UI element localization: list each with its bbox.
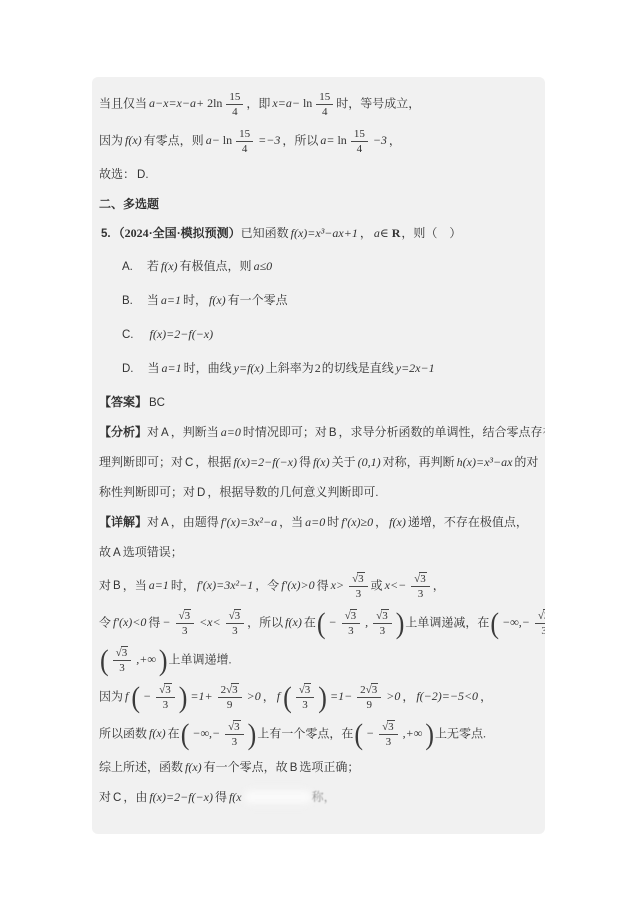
text-segment: a−x=x−a+ (149, 96, 204, 110)
question-5-stem: 5.（2024·全国·模拟预测）已知函数f(x)=x³−ax+1，a∈R，则（ … (99, 224, 540, 244)
answer-line: 【答案】BC (99, 393, 540, 413)
text-segment: 故 (99, 545, 111, 559)
text-segment: ，根据导数的几何意义判断即可. (207, 485, 378, 499)
text-segment: f(x)=2−f(−x) (150, 327, 214, 341)
text-segment: 综上所述，函数 (99, 760, 183, 774)
fraction-numerator: 15 (226, 91, 243, 105)
fraction: √33 (535, 610, 545, 637)
text-segment: D. (122, 363, 134, 375)
text-segment: 时情况即可；对 (243, 425, 327, 439)
text-segment: f′(x)=3x²−a (221, 515, 277, 529)
text-segment: 递增，不存在极值点， (408, 515, 528, 529)
fraction: √33 (296, 684, 315, 711)
text-segment: ，所以 (247, 615, 283, 629)
text-segment: a= (320, 133, 334, 147)
text-segment: ，由 (123, 790, 147, 804)
text-segment: a=1 (162, 361, 182, 375)
radicand: 3 (543, 609, 545, 622)
option-c: C. f(x)=2−f(−x) (99, 325, 540, 345)
text-segment: 得 (317, 578, 329, 592)
radicand: 3 (350, 609, 358, 622)
text-segment: =1+ (190, 689, 212, 703)
radicand: 3 (184, 609, 192, 622)
text-segment: f(x) (285, 615, 302, 629)
text-segment: ，则（ ） (401, 226, 461, 240)
text-segment: 上斜率为 (266, 361, 314, 375)
detail-line-b4: 因为f(−√33)=1+2√39>0，f(√33)=1−2√39>0，f(−2)… (99, 684, 540, 711)
text-segment: 上单调递减，在 (405, 615, 489, 629)
text-segment: 若 (135, 259, 159, 273)
fraction-denominator: 3 (176, 624, 195, 638)
analysis-line-1: 【分析】对A，判断当a=0时情况即可；对B，求导分析函数的单调性，结合零点存在性… (99, 423, 540, 443)
radical-sign: √ (179, 610, 184, 622)
detail-line-b1: 对B，当a=1时，f′(x)=3x²−1，令f′(x)>0得x>√33或x<−√… (99, 573, 540, 600)
text-segment: −∞,− (192, 726, 220, 740)
text-segment: 对称，再判断 (383, 455, 455, 469)
big-paren-open: ( (283, 683, 292, 713)
line-choose-d: 故选：D. (99, 165, 540, 185)
text-segment: >0 (247, 689, 261, 703)
option-d: D. 当a=1时，曲线y=f(x)上斜率为2的切线是直线y=2x−1 (99, 359, 540, 379)
text-segment: ln (337, 133, 346, 147)
text-segment: ，当 (123, 578, 147, 592)
text-segment: 称性判断即可；对 (99, 485, 195, 499)
text-segment: 关于 (332, 455, 356, 469)
text-segment: ，求导分析函数的单调性，结合零点存在性定 (339, 425, 545, 439)
text-segment: ， (480, 689, 492, 703)
text-segment: B (113, 580, 121, 592)
radicand: 3 (381, 609, 389, 622)
text-segment: 已知函数 (241, 226, 289, 240)
fraction: 2√39 (218, 684, 242, 711)
big-paren-close: ) (396, 609, 405, 639)
text-segment: 有一个零点，故 (204, 760, 288, 774)
fraction: √33 (379, 721, 398, 748)
text-segment: −3 (373, 133, 387, 147)
fraction: √33 (176, 610, 195, 637)
fraction-denominator: 9 (357, 698, 381, 712)
text-segment: 【详解】 (99, 515, 147, 529)
big-paren-close: ) (248, 720, 257, 750)
fraction: 154 (236, 128, 253, 155)
fraction-numerator: √3 (226, 610, 245, 624)
line-equality-condition: 当且仅当a−x=x−a+2ln154，即x=a−ln154时，等号成立， (99, 91, 540, 118)
text-segment: − (329, 615, 337, 629)
radicand: 3 (121, 646, 129, 659)
text-segment: >0 (386, 689, 400, 703)
text-segment: y=2x−1 (396, 361, 435, 375)
fraction-numerator: 2√3 (357, 684, 381, 698)
fraction: √33 (411, 573, 430, 600)
fraction-numerator: 15 (351, 128, 368, 142)
text-segment: 的切线是直线 (322, 361, 394, 375)
fraction-numerator: 15 (316, 91, 333, 105)
text-segment: A. (122, 261, 133, 273)
text-segment: f′(x)>0 (281, 578, 314, 592)
text-segment: 时，等号成立， (336, 96, 420, 110)
fraction: √33 (113, 647, 132, 674)
text-segment: 上有一个零点，在 (257, 726, 353, 740)
text-segment: f′(x)=3x²−1 (197, 578, 253, 592)
text-segment: a≤0 (254, 259, 273, 273)
text-segment: 得 (215, 790, 227, 804)
detail-line-c1: 对C，由f(x)=2−f(−x)得f(x称， (99, 788, 540, 808)
text-segment: ，由题得 (171, 515, 219, 529)
radicand: 3 (419, 572, 427, 585)
detail-line-b3: (√33,+∞)上单调递增. (99, 647, 540, 674)
fraction: √33 (349, 573, 368, 600)
text-segment: 因为 (99, 133, 123, 147)
analysis-line-3: 称性判断即可；对D，根据导数的几何意义判断即可. (99, 483, 540, 503)
radicand: 3 (233, 720, 241, 733)
text-segment: BC (149, 397, 165, 409)
fraction-numerator: √3 (535, 610, 545, 624)
text-segment: 令 (99, 615, 111, 629)
text-segment: ，判断当 (171, 425, 219, 439)
fraction-numerator: √3 (225, 721, 244, 735)
text-segment: ,+∞ (136, 652, 156, 666)
big-paren-close: ) (159, 646, 168, 676)
radicand: 3 (231, 683, 239, 696)
fraction: √33 (226, 610, 245, 637)
text-segment: − (162, 615, 170, 629)
text-segment: 上无零点. (435, 726, 486, 740)
text-segment: f(x) (389, 515, 406, 529)
text-segment: 【分析】 (99, 425, 147, 439)
text-segment: x<− (385, 578, 407, 592)
text-segment: f(x (229, 790, 242, 804)
text-segment: 有一个零点 (228, 293, 288, 307)
fraction-denominator: 3 (113, 661, 132, 675)
text-segment: （2024·全国·模拟预测） (113, 226, 241, 240)
fraction: √33 (342, 610, 361, 637)
text-segment: ln (303, 96, 312, 110)
text-segment: 【答案】 (99, 395, 147, 409)
section-heading-multi-choice: 二、多选题 (99, 195, 540, 214)
text-segment: 选项正确； (299, 760, 359, 774)
text-segment: C (113, 792, 121, 804)
text-segment: ， (402, 689, 414, 703)
text-segment: 当 (135, 293, 159, 307)
analysis-line-2: 理判断即可；对C，根据f(x)=2−f(−x)得f(x)关于(0,1)对称，再判… (99, 453, 540, 473)
text-segment: R (392, 226, 401, 240)
text-segment: 对 (99, 578, 111, 592)
fraction-numerator: √3 (349, 573, 368, 587)
text-segment: 二、多选题 (99, 197, 159, 211)
big-paren-open: ( (131, 683, 140, 713)
text-segment: − (143, 689, 151, 703)
text-segment: f(x)=2−f(−x) (233, 455, 297, 469)
radical-sign: √ (366, 684, 371, 696)
radicand: 3 (234, 609, 242, 622)
fraction-numerator: √3 (342, 610, 361, 624)
fraction: √33 (156, 684, 175, 711)
text-segment: f(−2)=−5<0 (416, 689, 478, 703)
detail-line-a1: 【详解】对A，由题得f′(x)=3x²−a，当a=0时f′(x)≥0，f(x)递… (99, 513, 540, 533)
text-segment: ,+∞ (403, 726, 423, 740)
big-paren-open: ( (490, 609, 499, 639)
text-segment: ， (375, 515, 387, 529)
text-segment: 5. (101, 228, 111, 240)
option-a: A. 若f(x)有极值点，则a≤0 (99, 257, 540, 277)
text-segment: 对 (147, 425, 159, 439)
fraction-denominator: 3 (411, 587, 430, 601)
fraction-denominator: 3 (349, 587, 368, 601)
radical-sign: √ (229, 610, 234, 622)
radical-sign: √ (345, 610, 350, 622)
text-segment: A (161, 517, 169, 529)
radicand: 3 (357, 572, 365, 585)
text-segment: 理判断即可；对 (99, 455, 183, 469)
text-segment: ，根据 (195, 455, 231, 469)
text-segment: =1− (330, 689, 352, 703)
fraction-denominator: 3 (226, 624, 245, 638)
text-segment: f(x) (149, 726, 166, 740)
fraction: 2√39 (357, 684, 381, 711)
text-segment: 得 (148, 615, 160, 629)
fraction-numerator: √3 (176, 610, 195, 624)
line-zero-exists: 因为f(x)有零点，则a−ln154=−3，所以a=ln154−3， (99, 128, 540, 155)
text-segment: 2ln (207, 96, 222, 110)
fraction-numerator: √3 (156, 684, 175, 698)
text-segment: 时， (171, 578, 195, 592)
text-segment: 在 (304, 615, 316, 629)
text-segment: 选项错误； (123, 545, 183, 559)
text-segment: ， (389, 133, 401, 147)
text-segment: a=0 (221, 425, 241, 439)
radicand: 3 (304, 683, 312, 696)
fraction-numerator: √3 (411, 573, 430, 587)
detail-line-b5: 所以函数f(x)在(−∞,−√33)上有一个零点，在(−√33,+∞)上无零点. (99, 721, 540, 748)
text-segment: 时 (327, 515, 339, 529)
text-segment: 有零点，则 (144, 133, 204, 147)
text-segment: f(x) (125, 133, 142, 147)
fraction-denominator: 4 (351, 142, 368, 156)
fraction-denominator: 3 (296, 698, 315, 712)
text-segment: 所以函数 (99, 726, 147, 740)
text-segment: x=a− (272, 96, 300, 110)
radical-sign: √ (116, 647, 121, 659)
text-segment: 或 (371, 578, 383, 592)
big-paren-open: ( (317, 609, 326, 639)
text-segment: f (277, 689, 280, 703)
text-segment: 在 (168, 726, 180, 740)
fraction-numerator: √3 (113, 647, 132, 661)
fraction-denominator: 3 (156, 698, 175, 712)
text-segment: 的对 (514, 455, 538, 469)
text-segment: ， (263, 689, 275, 703)
big-paren-open: ( (354, 720, 363, 750)
text-segment: a∈ (374, 226, 389, 240)
text-segment: h(x)=x³−ax (457, 455, 513, 469)
fraction-numerator: √3 (296, 684, 315, 698)
text-segment: x> (331, 578, 344, 592)
big-paren-open: ( (181, 720, 190, 750)
fraction-numerator: √3 (379, 721, 398, 735)
text-segment: A (113, 547, 121, 559)
text-segment: 时，曲线 (184, 361, 232, 375)
text-segment: D (197, 487, 205, 499)
text-segment: ，令 (255, 578, 279, 592)
text-segment: 因为 (99, 689, 123, 703)
text-segment: f (125, 689, 128, 703)
watermark-smudge (246, 792, 310, 802)
text-segment: a=1 (149, 578, 169, 592)
text-segment: 上单调递增. (169, 652, 232, 666)
text-segment: ，所以 (282, 133, 318, 147)
text-segment: ，当 (279, 515, 303, 529)
text-segment: B (290, 762, 298, 774)
fraction-denominator: 3 (535, 624, 545, 638)
text-segment: ，即 (246, 96, 270, 110)
fraction: 154 (226, 91, 243, 118)
text-segment: 称， (312, 790, 336, 804)
text-segment: 当且仅当 (99, 96, 147, 110)
text-segment: , (365, 615, 368, 629)
fraction: 154 (316, 91, 333, 118)
text-segment: C (185, 457, 193, 469)
detail-line-b2: 令f′(x)<0得−√33<x<√33，所以f(x)在(−√33,√33)上单调… (99, 610, 540, 637)
detail-line-b6: 综上所述，函数f(x)有一个零点，故B选项正确； (99, 758, 540, 778)
text-segment: 当 (136, 361, 160, 375)
text-segment: f′(x)<0 (113, 615, 146, 629)
text-segment: ， (433, 578, 445, 592)
fraction-denominator: 3 (225, 735, 244, 749)
fraction-denominator: 4 (316, 105, 333, 119)
fraction-denominator: 3 (373, 624, 392, 638)
text-segment: f(x) (209, 293, 226, 307)
fraction-denominator: 3 (379, 735, 398, 749)
fraction-numerator: 2√3 (218, 684, 242, 698)
text-segment: =−3 (258, 133, 280, 147)
text-segment: a=0 (305, 515, 325, 529)
text-segment: a=1 (161, 293, 181, 307)
text-segment: a− (206, 133, 220, 147)
text-segment: (0,1) (358, 455, 381, 469)
fraction-denominator: 4 (236, 142, 253, 156)
text-segment: <x< (199, 615, 221, 629)
fraction: 154 (351, 128, 368, 155)
text-segment: f(x)=x³−ax+1 (291, 226, 358, 240)
text-segment: f(x)=2−f(−x) (149, 790, 213, 804)
document-page: { "colors":{"page_bg":"#ffffff","panel_b… (0, 0, 640, 905)
radicand: 3 (164, 683, 172, 696)
text-segment: 时， (183, 293, 207, 307)
text-segment: C. (122, 329, 134, 341)
option-b: B. 当a=1时，f(x)有一个零点 (99, 291, 540, 311)
text-segment: 故选： (99, 167, 135, 181)
text-segment: B (329, 427, 337, 439)
big-paren-close: ) (425, 720, 434, 750)
text-segment: f(x) (185, 760, 202, 774)
fraction-denominator: 9 (218, 698, 242, 712)
fraction: √33 (225, 721, 244, 748)
radicand: 3 (371, 683, 379, 696)
fraction-numerator: √3 (373, 610, 392, 624)
text-segment (136, 327, 148, 341)
text-segment: 得 (299, 455, 311, 469)
text-segment: A (161, 427, 169, 439)
text-segment: f′(x)≥0 (341, 515, 373, 529)
text-segment: 对 (147, 515, 159, 529)
text-segment: B. (122, 295, 133, 307)
big-paren-open: ( (100, 646, 109, 676)
text-segment: y=f(x) (234, 361, 264, 375)
radicand: 3 (387, 720, 395, 733)
text-segment: f(x) (161, 259, 178, 273)
text-segment: −∞,− (502, 615, 530, 629)
text-segment: 对 (99, 790, 111, 804)
content-panel: 当且仅当a−x=x−a+2ln154，即x=a−ln154时，等号成立，因为f(… (92, 77, 545, 834)
text-segment: D. (137, 169, 149, 181)
text-segment: ln (223, 133, 232, 147)
fraction: √33 (373, 610, 392, 637)
big-paren-close: ) (318, 683, 327, 713)
text-segment: − (366, 726, 374, 740)
fraction-denominator: 3 (342, 624, 361, 638)
fraction-numerator: 15 (236, 128, 253, 142)
text-segment: f(x) (313, 455, 330, 469)
text-segment: ， (360, 226, 372, 240)
fraction-denominator: 4 (226, 105, 243, 119)
detail-line-a2: 故A选项错误； (99, 543, 540, 563)
text-segment: 有极值点，则 (180, 259, 252, 273)
big-paren-close: ) (179, 683, 188, 713)
text-segment: 2 (315, 361, 321, 375)
